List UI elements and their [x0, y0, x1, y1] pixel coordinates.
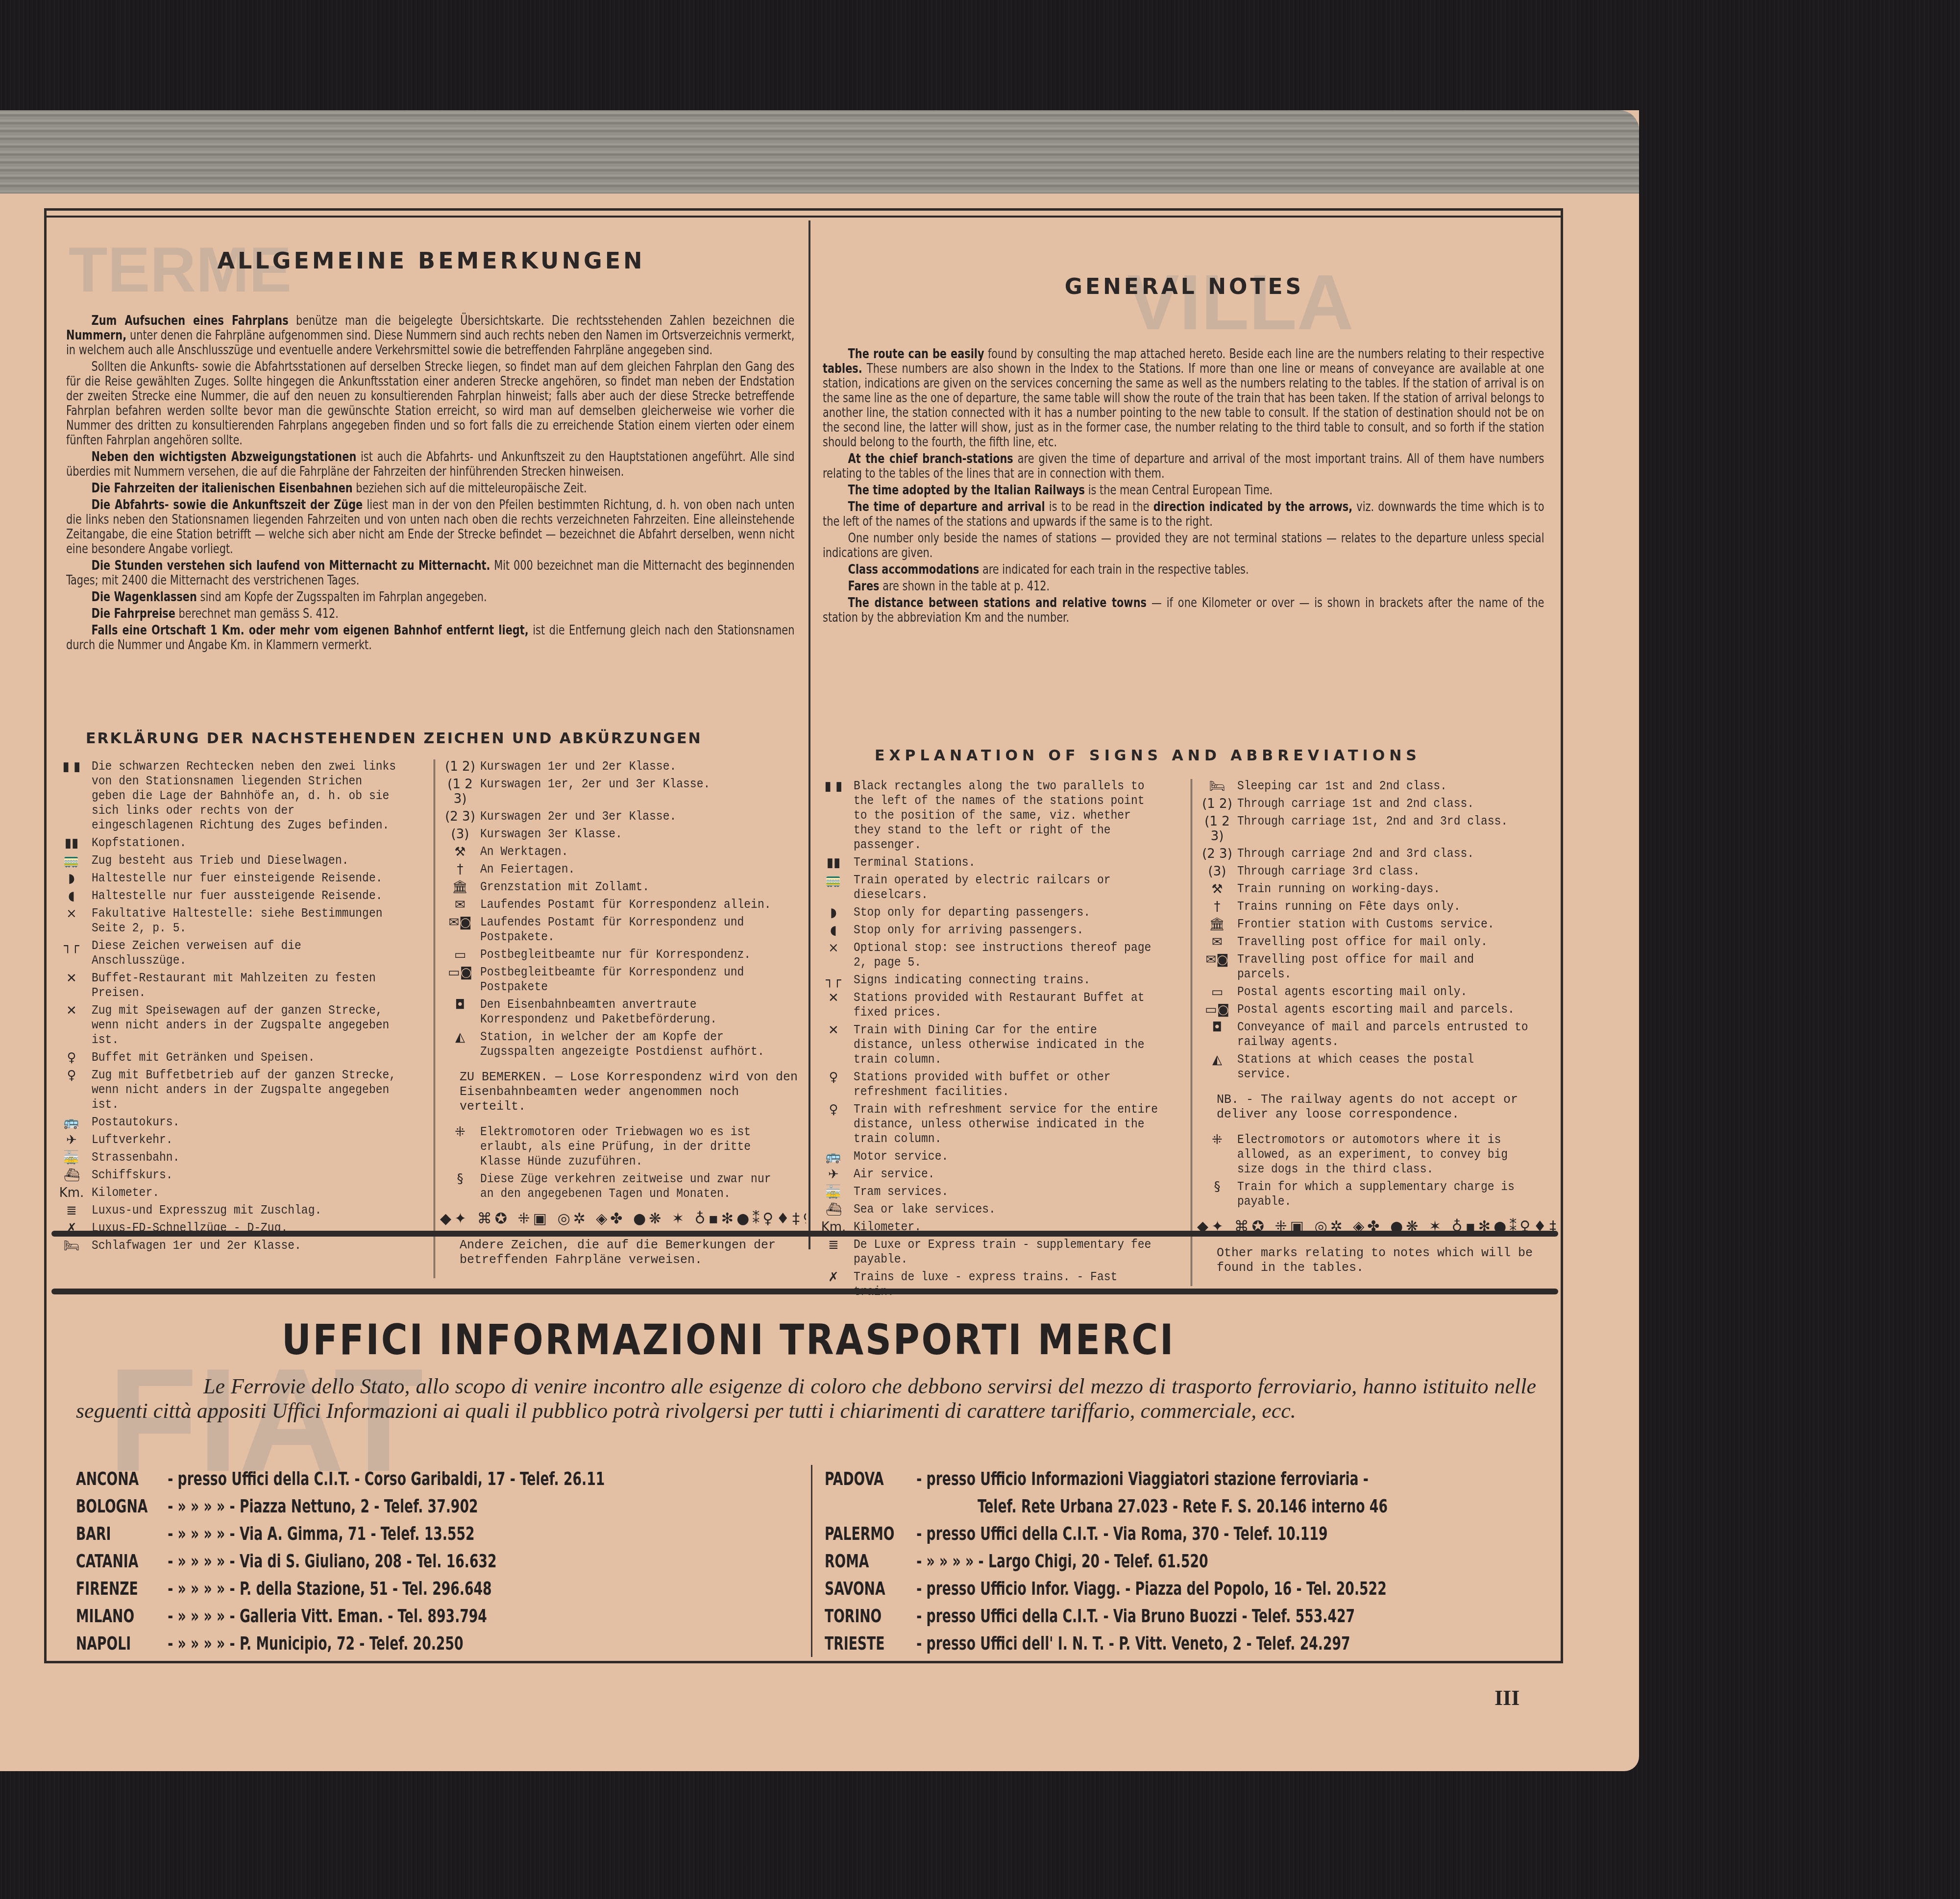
note-text: are shown in the table at p. 412. — [880, 579, 1050, 594]
page-number: III — [1494, 1685, 1519, 1710]
legend-text: Train for which a supplementary charge i… — [1237, 1180, 1530, 1209]
legend-item: ▭Postal agents escorting mail only. — [1197, 985, 1556, 999]
office-city: ANCONA — [76, 1465, 168, 1492]
office-address: - presso Uffici della C.I.T. - Corso Gar… — [168, 1465, 829, 1492]
legend-item: ┐┌Diese Zeichen verweisen auf die Anschl… — [51, 939, 429, 968]
dining-car-icon: ✕ — [813, 1023, 854, 1038]
legend-item: 🏛Frontier station with Customs service. — [1197, 917, 1556, 932]
legend-item: 🚃Train operated by electric railcars or … — [813, 873, 1191, 902]
postal-agent-parcels-icon: ▭◙ — [1197, 1002, 1237, 1017]
legend-item: (2 3)Kurswagen 2er und 3er Klasse. — [440, 809, 806, 824]
office-address-row: MILANO- » » » » - Galleria Vitt. Eman. -… — [76, 1602, 830, 1630]
legend-text: Stations provided with buffet or other r… — [854, 1070, 1164, 1099]
office-city: PALERMO — [825, 1520, 916, 1547]
legend-item: ✕Stations provided with Restaurant Buffe… — [813, 991, 1191, 1020]
railcar-icon: 🚃 — [813, 873, 854, 888]
legend-item: †Trains running on Fête days only. — [1197, 900, 1556, 914]
legend-text: Train with Dining Car for the entire dis… — [854, 1023, 1164, 1067]
legend-text: Train with refreshment service for the e… — [854, 1102, 1164, 1146]
note-paragraph: Die Fahrpreise berechnet man gemäss S. 4… — [66, 607, 794, 621]
english-notes-body: The route can be easily found by consult… — [823, 347, 1546, 625]
legend-item: (1 2)Kurswagen 1er und 2er Klasse. — [440, 759, 806, 774]
legend-item: ♀Buffet mit Getränken und Speisen. — [51, 1050, 429, 1065]
office-address-row: ANCONA- presso Uffici della C.I.T. - Cor… — [76, 1465, 830, 1492]
legend-item: ✉◙Laufendes Postamt für Korrespondenz un… — [440, 915, 806, 945]
legend-text: Station, in welcher der am Kopfe der Zug… — [480, 1030, 780, 1059]
note-lead-bold: At the chief branch-stations — [848, 451, 1013, 466]
office-address: - » » » » - Via A. Gimma, 71 - Telef. 13… — [168, 1520, 829, 1547]
german-notes-title: ALLGEMEINE BEMERKUNGEN — [66, 220, 796, 294]
office-city: NAPOLI — [76, 1630, 168, 1657]
legend-item: ♀Stations provided with buffet or other … — [813, 1070, 1191, 1099]
office-city: TORINO — [825, 1602, 916, 1630]
customs-icon: 🏛 — [1197, 917, 1237, 932]
note-bold: direction indicated by the arrows, — [1153, 499, 1352, 514]
legend-item: 🚃Zug besteht aus Trieb und Dieselwagen. — [51, 853, 429, 868]
legend-item: ⛴Schiffskurs. — [51, 1168, 429, 1183]
legend-text: Luftverkehr. — [92, 1133, 402, 1147]
note-paragraph: Zum Aufsuchen eines Fahrplans benütze ma… — [66, 314, 794, 358]
legend-item: ◘Den Eisenbahnbeamten anvertraute Korres… — [440, 998, 806, 1027]
legend-text: Train operated by electric railcars or d… — [854, 873, 1164, 902]
legend-item: ✉◙Travelling post office for mail and pa… — [1197, 952, 1556, 982]
buffet-icon: ♀ — [51, 1050, 92, 1065]
note-bold: tables. — [823, 361, 862, 376]
english-notes-title: GENERAL NOTES — [823, 220, 1546, 323]
uffici-section: UFFICI INFORMAZIONI TRASPORTI MERCI Le F… — [47, 1306, 1561, 1663]
legend-item: (1 2)Through carriage 1st and 2nd class. — [1197, 797, 1556, 811]
legend-text: Frontier station with Customs service. — [1237, 917, 1530, 932]
office-city: SAVONA — [825, 1575, 916, 1602]
legend-text: De Luxe or Express train - supplementary… — [854, 1238, 1164, 1267]
german-legend-title: ERKLÄRUNG DER NACHSTEHENDEN ZEICHEN UND … — [86, 730, 702, 747]
office-address: - presso Uffici della C.I.T. - Via Bruno… — [916, 1602, 1544, 1630]
office-address: - » » » » - Via di S. Giuliano, 208 - Te… — [168, 1547, 829, 1575]
note-text: is the mean Central European Time. — [1085, 483, 1273, 498]
legend-text: Zug mit Speisewagen auf der ganzen Strec… — [92, 1003, 402, 1047]
legend-text: Motor service. — [854, 1149, 1164, 1164]
customs-icon: 🏛 — [440, 880, 480, 895]
legend-item: 🚌Postautokurs. — [51, 1115, 429, 1130]
note-text: unter denen die Fahrpläne aufgenommen si… — [66, 328, 794, 358]
through-carriage-12-icon: (1 2) — [440, 759, 480, 774]
legend-text: Postal agents escorting mail only. — [1237, 985, 1530, 999]
legend-item: §Diese Züge verkehren zeitweise und zwar… — [440, 1172, 806, 1201]
legend-text: Stations provided with Restaurant Buffet… — [854, 991, 1164, 1020]
buffet-icon: ♀ — [813, 1070, 854, 1085]
note-lead-bold: The time of departure and arrival — [848, 499, 1045, 514]
legend-item: ⁜Electromotors or automotors where it is… — [1197, 1133, 1556, 1177]
legend-text: Sea or lake services. — [854, 1202, 1164, 1217]
postbus-icon: 🚌 — [51, 1115, 92, 1130]
through-carriage-3-icon: (3) — [1197, 864, 1237, 879]
note-paragraph: Die Fahrzeiten der italienischen Eisenba… — [66, 481, 794, 496]
note-paragraph: At the chief branch-stations are given t… — [823, 452, 1544, 481]
legend-text: Stop only for arriving passengers. — [854, 923, 1164, 938]
german-notes-body: Zum Aufsuchen eines Fahrplans benütze ma… — [66, 314, 796, 653]
legend-text: Grenzstation mit Zollamt. — [480, 880, 780, 895]
sleeping-car-icon: 🛏 — [51, 1239, 92, 1253]
office-address: - » » » » - P. Municipio, 72 - Telef. 20… — [168, 1630, 829, 1657]
mail-parcels-icon: ✉◙ — [440, 915, 480, 930]
office-address-row: NAPOLI- » » » » - P. Municipio, 72 - Tel… — [76, 1630, 830, 1657]
electromotor-dogs-icon: ⁜ — [1197, 1133, 1237, 1147]
legend-item: ▮▮Terminal Stations. — [813, 855, 1191, 870]
legend-text: Postbegleitbeamte nur für Korrespondenz. — [480, 948, 780, 962]
office-city: MILANO — [76, 1602, 168, 1630]
office-address-row: BARI- » » » » - Via A. Gimma, 71 - Telef… — [76, 1520, 830, 1547]
sleeping-car-icon: 🛏 — [1197, 779, 1237, 794]
holiday-icon: † — [1197, 900, 1237, 914]
note-paragraph: One number only beside the names of stat… — [823, 531, 1544, 560]
note-text: berechnet man gemäss S. 412. — [175, 606, 339, 621]
legend-text: Kopfstationen. — [92, 836, 402, 851]
electromotor-dogs-icon: ⁜ — [440, 1125, 480, 1140]
note-lead-bold: The route can be easily — [848, 346, 984, 362]
legend-text: Strassenbahn. — [92, 1150, 402, 1165]
legend-text: Zug besteht aus Trieb und Dieselwagen. — [92, 853, 402, 868]
note-paragraph: Fares are shown in the table at p. 412. — [823, 579, 1544, 594]
notes-section: ALLGEMEINE BEMERKUNGEN Zum Aufsuchen ein… — [47, 220, 1561, 1249]
note-text: One number only beside the names of stat… — [823, 531, 1544, 560]
legend-text: Travelling post office for mail only. — [1237, 935, 1530, 949]
office-city: BOLOGNA — [76, 1492, 168, 1520]
postal-end-icon: ◭ — [440, 1030, 480, 1045]
note-paragraph: Die Abfahrts- sowie die Ankunftszeit der… — [66, 498, 794, 557]
legend-item: ⚒Train running on working-days. — [1197, 882, 1556, 897]
office-address: - presso Uffici dell' I. N. T. - P. Vitt… — [916, 1630, 1544, 1657]
departing-stop-icon: ◗ — [51, 871, 92, 886]
note-text: beziehen sich auf die mitteleuropäische … — [353, 481, 587, 496]
legend-text: Stop only for departing passengers. — [854, 905, 1164, 920]
note-lead-bold: Die Abfahrts- sowie die Ankunftszeit der… — [92, 497, 363, 512]
postal-agent-mail-icon: ▭ — [440, 948, 480, 962]
legend-text: Through carriage 3rd class. — [1237, 864, 1530, 879]
office-city: TRIESTE — [825, 1630, 916, 1657]
legend-text: Fakultative Haltestelle: siehe Bestimmun… — [92, 906, 402, 936]
legend-item: 🛏Sleeping car 1st and 2nd class. — [1197, 779, 1556, 794]
note-paragraph: Sollten die Ankunfts- sowie die Abfahrts… — [66, 360, 794, 448]
legend-text: Kurswagen 2er und 3er Klasse. — [480, 809, 780, 824]
legend-text: Diese Zeichen verweisen auf die Anschlus… — [92, 939, 402, 968]
legend-item: 🚌Motor service. — [813, 1149, 1191, 1164]
office-city: FIRENZE — [76, 1575, 168, 1602]
office-address: - » » » » - P. della Stazione, 51 - Tel.… — [168, 1575, 829, 1602]
legend-text: Train running on working-days. — [1237, 882, 1530, 897]
legend-text: Buffet-Restaurant mit Mahlzeiten zu fest… — [92, 971, 402, 1000]
legend-item: ◭Station, in welcher der am Kopfe der Zu… — [440, 1030, 806, 1059]
note-text: benütze man die beigelegte Übersichtskar… — [289, 313, 795, 328]
note-paragraph: Neben den wichtigsten Abzweigungstatione… — [66, 450, 794, 479]
note-paragraph: The time adopted by the Italian Railways… — [823, 483, 1544, 498]
seasonal-icon: § — [1197, 1180, 1237, 1194]
legend-text: Terminal Stations. — [854, 855, 1164, 870]
page-frame: ALLGEMEINE BEMERKUNGEN Zum Aufsuchen ein… — [44, 208, 1563, 1663]
office-address: - presso Ufficio Informazioni Viaggiator… — [916, 1465, 1544, 1492]
legend-note: NB. - The railway agents do not accept o… — [1197, 1093, 1556, 1122]
legend-text: Postal agents escorting mail and parcels… — [1237, 1002, 1530, 1017]
office-address-list-right: PADOVA- presso Ufficio Informazioni Viag… — [811, 1465, 1546, 1657]
legend-text: Tram services. — [854, 1185, 1164, 1199]
legend-item: ▮ ▮Black rectangles along the two parall… — [813, 779, 1191, 852]
note-lead-bold: The time adopted by the Italian Railways — [848, 483, 1085, 498]
office-city: CATANIA — [76, 1547, 168, 1575]
kilometer-icon: Km. — [51, 1186, 92, 1200]
note-lead-bold: Class accommodations — [848, 562, 980, 577]
office-address-row: ROMA- » » » » - Largo Chigi, 20 - Telef.… — [825, 1547, 1545, 1575]
legend-text: Sleeping car 1st and 2nd class. — [1237, 779, 1530, 794]
note-text: found by consulting the map attached her… — [984, 346, 1544, 362]
legend-item: 🏛Grenzstation mit Zollamt. — [440, 880, 806, 895]
postal-end-icon: ◭ — [1197, 1052, 1237, 1067]
note-paragraph: Class accommodations are indicated for e… — [823, 562, 1544, 577]
legend-item: ⚒An Werktagen. — [440, 845, 806, 859]
legend-item: (2 3)Through carriage 2nd and 3rd class. — [1197, 847, 1556, 861]
express-train-icon: ✗ — [813, 1270, 854, 1285]
german-legend-column-b: (1 2)Kurswagen 1er und 2er Klasse.(1 2 3… — [434, 759, 806, 1278]
legend-text: Elektromotoren oder Triebwagen wo es ist… — [480, 1125, 780, 1169]
legend-item: 🛏Schlafwagen 1er und 2er Klasse. — [51, 1239, 429, 1253]
through-carriage-23-icon: (2 3) — [1197, 847, 1237, 861]
office-address-row: TRIESTE- presso Uffici dell' I. N. T. - … — [825, 1630, 1545, 1657]
legend-item: (1 2 3)Kurswagen 1er, 2er und 3er Klasse… — [440, 777, 806, 806]
legend-item: ✈Luftverkehr. — [51, 1133, 429, 1147]
office-city: ROMA — [825, 1547, 916, 1575]
legend-item: ▭Postbegleitbeamte nur für Korrespondenz… — [440, 948, 806, 962]
through-carriage-123-icon: (1 2 3) — [440, 777, 480, 806]
english-legend-column-a: ▮ ▮Black rectangles along the two parall… — [813, 779, 1191, 1302]
note-lead-bold: Die Fahrzeiten der italienischen Eisenba… — [92, 481, 353, 496]
note-paragraph: The route can be easily found by consult… — [823, 347, 1544, 450]
air-icon: ✈ — [813, 1167, 854, 1182]
frame-double-rule — [47, 216, 1561, 218]
dining-car-icon: ✕ — [51, 1003, 92, 1018]
legend-text: Electromotors or automotors where it is … — [1237, 1133, 1530, 1177]
legend-text: Kilometer. — [92, 1186, 402, 1200]
legend-text: Air service. — [854, 1167, 1164, 1182]
symbols-explanation: Other marks relating to notes which will… — [1197, 1246, 1556, 1275]
note-lead-bold: Falls eine Ortschaft 1 Km. oder mehr vom… — [92, 623, 529, 638]
office-address: - presso Ufficio Infor. Viagg. - Piazza … — [916, 1575, 1544, 1602]
restaurant-icon: ✕ — [813, 991, 854, 1005]
legend-text: Den Eisenbahnbeamten anvertraute Korresp… — [480, 998, 780, 1027]
legend-text: Kurswagen 1er, 2er und 3er Klasse. — [480, 777, 780, 792]
restaurant-icon: ✕ — [51, 971, 92, 986]
office-address: - presso Uffici della C.I.T. - Via Roma,… — [916, 1520, 1544, 1547]
station-position-rectangles-icon: ▮ ▮ — [51, 759, 92, 774]
legend-item: Km.Kilometer. — [51, 1186, 429, 1200]
mail-only-icon: ✉ — [1197, 935, 1237, 949]
office-city: PADOVA — [825, 1465, 916, 1492]
through-carriage-123-icon: (1 2 3) — [1197, 814, 1237, 844]
legend-item: ×Fakultative Haltestelle: siehe Bestimmu… — [51, 906, 429, 936]
note-text: Sollten die Ankunfts- sowie die Abfahrts… — [66, 359, 794, 448]
ship-icon: ⛴ — [813, 1202, 854, 1217]
legend-text: Schiffskurs. — [92, 1168, 402, 1183]
legend-text: Travelling post office for mail and parc… — [1237, 952, 1530, 982]
legend-item: ✉Laufendes Postamt für Korrespondenz all… — [440, 898, 806, 912]
office-address-row: PALERMO- presso Uffici della C.I.T. - Vi… — [825, 1520, 1545, 1547]
note-text: are indicated for each train in the resp… — [979, 562, 1249, 577]
note-reference-symbols-icon: ◆✦ ⌘✪ ⁜▣ ◎✲ ◈✤ ●❋ ✶ ♁▪✻●⁑♀♦‡♀♦♦▪ — [440, 1210, 806, 1227]
railway-agent-mail-icon: ◘ — [1197, 1020, 1237, 1035]
departing-stop-icon: ◗ — [813, 905, 854, 920]
legend-text: Trains running on Fête days only. — [1237, 900, 1530, 914]
legend-item: (3)Kurswagen 3er Klasse. — [440, 827, 806, 842]
legend-text: An Feiertagen. — [480, 862, 780, 877]
through-carriage-3-icon: (3) — [440, 827, 480, 842]
legend-text: Through carriage 1st and 2nd class. — [1237, 797, 1530, 811]
legend-item: ▭◙Postbegleitbeamte für Korrespondenz un… — [440, 965, 806, 995]
uffici-title: UFFICI INFORMAZIONI TRASPORTI MERCI — [282, 1315, 1175, 1364]
legend-item: ◖Haltestelle nur fuer aussteigende Reise… — [51, 889, 429, 903]
mail-only-icon: ✉ — [440, 898, 480, 912]
buffet-train-icon: ♀ — [51, 1068, 92, 1083]
legend-item: ⛴Sea or lake services. — [813, 1202, 1191, 1217]
air-icon: ✈ — [51, 1133, 92, 1147]
office-city: BARI — [76, 1520, 168, 1547]
legend-text: Conveyance of mail and parcels entrusted… — [1237, 1020, 1530, 1049]
legend-item: ✕Buffet-Restaurant mit Mahlzeiten zu fes… — [51, 971, 429, 1000]
legend-item: ◗Stop only for departing passengers. — [813, 905, 1191, 920]
legend-item: 🚋Strassenbahn. — [51, 1150, 429, 1165]
office-address-continuation: Telef. Rete Urbana 27.023 - Rete F. S. 2… — [825, 1492, 1698, 1520]
motor-service-icon: 🚌 — [813, 1149, 854, 1164]
legend-item: ≣Luxus-und Expresszug mit Zuschlag. — [51, 1203, 429, 1218]
mail-parcels-icon: ✉◙ — [1197, 952, 1237, 967]
legend-item: ▭◙Postal agents escorting mail and parce… — [1197, 1002, 1556, 1017]
note-lead-bold: Zum Aufsuchen eines Fahrplans — [92, 313, 289, 328]
tram-icon: 🚋 — [813, 1185, 854, 1199]
legend-text: Trains de luxe - express trains. - Fast … — [854, 1270, 1164, 1299]
legend-item: †An Feiertagen. — [440, 862, 806, 877]
optional-stop-icon: × — [51, 906, 92, 921]
uffici-intro: Le Ferrovie dello Stato, allo scopo di v… — [76, 1374, 1536, 1423]
legend-item: (3)Through carriage 3rd class. — [1197, 864, 1556, 879]
postal-agent-parcels-icon: ▭◙ — [440, 965, 480, 980]
legend-item: ✈Air service. — [813, 1167, 1191, 1182]
note-lead-bold: Die Wagenklassen — [92, 589, 197, 605]
holiday-icon: † — [440, 862, 480, 877]
optional-stop-icon: × — [813, 941, 854, 955]
legend-item: ▮▮Kopfstationen. — [51, 836, 429, 851]
note-lead-bold: Neben den wichtigsten Abzweigungstatione… — [92, 449, 357, 464]
legend-text: Buffet mit Getränken und Speisen. — [92, 1050, 402, 1065]
note-paragraph: Die Stunden verstehen sich laufend von M… — [66, 559, 794, 588]
legend-text: Zug mit Buffetbetrieb auf der ganzen Str… — [92, 1068, 402, 1112]
legend-item: ▮ ▮Die schwarzen Rechtecken neben den zw… — [51, 759, 429, 833]
tram-icon: 🚋 — [51, 1150, 92, 1165]
symbols-explanation: Andere Zeichen, die auf die Bemerkungen … — [440, 1238, 806, 1267]
legend-item: ✕Zug mit Speisewagen auf der ganzen Stre… — [51, 1003, 429, 1047]
office-address: - » » » » - Largo Chigi, 20 - Telef. 61.… — [916, 1547, 1544, 1575]
office-address-list-left: ANCONA- presso Uffici della C.I.T. - Cor… — [76, 1465, 831, 1657]
legend-text: Through carriage 2nd and 3rd class. — [1237, 847, 1530, 861]
legend-text: Postbegleitbeamte für Korrespondenz und … — [480, 965, 780, 995]
legend-item: §Train for which a supplementary charge … — [1197, 1180, 1556, 1209]
legend-text: Black rectangles along the two parallels… — [854, 779, 1164, 852]
note-paragraph: Falls eine Ortschaft 1 Km. oder mehr vom… — [66, 623, 794, 653]
english-legend-column-b: 🛏Sleeping car 1st and 2nd class.(1 2)Thr… — [1191, 779, 1556, 1286]
legend-item: ♀Train with refreshment service for the … — [813, 1102, 1191, 1146]
office-address-row: BOLOGNA- » » » » - Piazza Nettuno, 2 - T… — [76, 1492, 830, 1520]
supplement-icon: ≣ — [51, 1203, 92, 1218]
legend-item: ✉Travelling post office for mail only. — [1197, 935, 1556, 949]
through-carriage-23-icon: (2 3) — [440, 809, 480, 824]
office-address-row: SAVONA- presso Ufficio Infor. Viagg. - P… — [825, 1575, 1545, 1602]
legend-item: ┐┌Signs indicating connecting trains. — [813, 973, 1191, 988]
office-address: - » » » » - Galleria Vitt. Eman. - Tel. … — [168, 1602, 829, 1630]
postal-agent-mail-icon: ▭ — [1197, 985, 1237, 999]
office-address-row: TORINO- presso Uffici della C.I.T. - Via… — [825, 1602, 1545, 1630]
workday-icon: ⚒ — [1197, 882, 1237, 897]
legend-item: ✗Trains de luxe - express trains. - Fast… — [813, 1270, 1191, 1299]
note-text: sind am Kopfe der Zugsspalten im Fahrpla… — [197, 589, 487, 605]
legend-text: Kurswagen 3er Klasse. — [480, 827, 780, 842]
legend-text: Diese Züge verkehren zeitweise und zwar … — [480, 1172, 780, 1201]
terminal-station-icon: ▮▮ — [51, 836, 92, 851]
legend-text: Haltestelle nur fuer einsteigende Reisen… — [92, 871, 402, 886]
ship-icon: ⛴ — [51, 1168, 92, 1183]
note-lead-bold: Die Fahrpreise — [92, 606, 175, 621]
note-text: is to be read in the — [1045, 499, 1153, 514]
note-text: These numbers are also shown in the Inde… — [823, 361, 1544, 450]
legend-text: Through carriage 1st, 2nd and 3rd class. — [1237, 814, 1530, 829]
legend-text: Laufendes Postamt für Korrespondenz alle… — [480, 898, 780, 912]
note-lead-bold: Die Stunden verstehen sich laufend von M… — [92, 558, 490, 573]
arriving-stop-icon: ◖ — [813, 923, 854, 938]
legend-text: Luxus-und Expresszug mit Zuschlag. — [92, 1203, 402, 1218]
note-lead-bold: The distance between stations and relati… — [848, 595, 1147, 610]
legend-item: ≣De Luxe or Express train - supplementar… — [813, 1238, 1191, 1267]
railcar-icon: 🚃 — [51, 853, 92, 868]
german-notes-column: ALLGEMEINE BEMERKUNGEN Zum Aufsuchen ein… — [47, 220, 808, 655]
legend-item: ◖Stop only for arriving passengers. — [813, 923, 1191, 938]
legend-text: Schlafwagen 1er und 2er Klasse. — [92, 1239, 402, 1253]
workday-icon: ⚒ — [440, 845, 480, 859]
legend-text: Postautokurs. — [92, 1115, 402, 1130]
connection-icon: ┐┌ — [813, 973, 854, 988]
english-legend-title: EXPLANATION OF SIGNS AND ABBREVIATIONS — [875, 747, 1421, 764]
legend-text: Laufendes Postamt für Korrespondenz und … — [480, 915, 780, 945]
seasonal-icon: § — [440, 1172, 480, 1187]
note-lead-bold: Fares — [848, 579, 880, 594]
office-address-row: FIRENZE- » » » » - P. della Stazione, 51… — [76, 1575, 830, 1602]
legend-text: Haltestelle nur fuer aussteigende Reisen… — [92, 889, 402, 903]
legend-text: Optional stop: see instructions thereof … — [854, 941, 1164, 970]
legend-item: ◘Conveyance of mail and parcels entruste… — [1197, 1020, 1556, 1049]
arriving-stop-icon: ◖ — [51, 889, 92, 903]
german-legend-column-a: ▮ ▮Die schwarzen Rechtecken neben den zw… — [51, 759, 429, 1256]
buffet-train-icon: ♀ — [813, 1102, 854, 1117]
note-paragraph: The time of departure and arrival is to … — [823, 500, 1544, 529]
legend-item: ◗Haltestelle nur fuer einsteigende Reise… — [51, 871, 429, 886]
legend-text: Die schwarzen Rechtecken neben den zwei … — [92, 759, 402, 833]
legend-text: Kurswagen 1er und 2er Klasse. — [480, 759, 780, 774]
legend-item: ✕Train with Dining Car for the entire di… — [813, 1023, 1191, 1067]
legend-text: Stations at which ceases the postal serv… — [1237, 1052, 1530, 1082]
office-address-row: CATANIA- » » » » - Via di S. Giuliano, 2… — [76, 1547, 830, 1575]
legend-text: Signs indicating connecting trains. — [854, 973, 1164, 988]
railway-agent-mail-icon: ◘ — [440, 998, 480, 1012]
legend-item: ◭Stations at which ceases the postal ser… — [1197, 1052, 1556, 1082]
legend-item: ×Optional stop: see instructions thereof… — [813, 941, 1191, 970]
terminal-station-icon: ▮▮ — [813, 855, 854, 870]
station-position-rectangles-icon: ▮ ▮ — [813, 779, 854, 794]
office-address-row: PADOVA- presso Ufficio Informazioni Viag… — [825, 1465, 1545, 1492]
legend-note: ZU BEMERKEN. — Lose Korrespondenz wird v… — [440, 1070, 806, 1114]
legend-item: ⁜Elektromotoren oder Triebwagen wo es is… — [440, 1125, 806, 1169]
